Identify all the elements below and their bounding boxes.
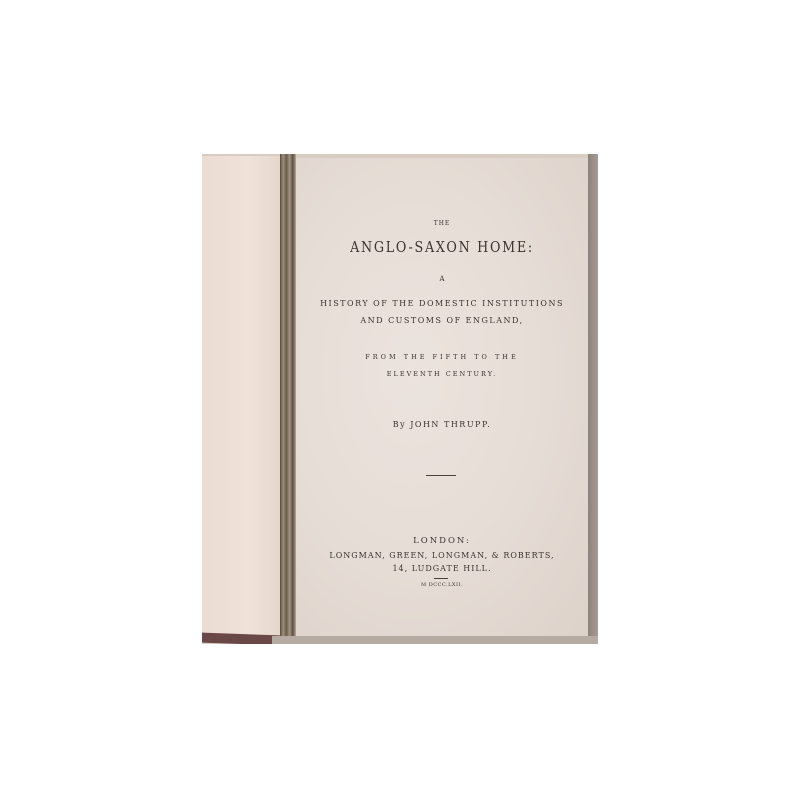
title-article: THE: [296, 220, 588, 227]
page-bottom-edge: [272, 636, 598, 644]
period-line-2: ELEVENTH CENTURY.: [296, 370, 588, 378]
book-title: ANGLO-SAXON HOME:: [318, 238, 566, 256]
subtitle-line-2: AND CUSTOMS OF ENGLAND,: [296, 316, 588, 325]
page-edge-shadow: [588, 154, 598, 644]
small-divider-rule: [434, 578, 448, 579]
period-line-1: FROM THE FIFTH TO THE: [296, 353, 588, 361]
publisher-address: 14, LUDGATE HILL.: [296, 564, 588, 573]
publisher: LONGMAN, GREEN, LONGMAN, & ROBERTS,: [296, 551, 588, 560]
publication-place: LONDON:: [296, 536, 588, 546]
author-line: By JOHN THRUPP.: [296, 420, 588, 429]
divider-rule: [426, 475, 456, 476]
subtitle-article: A: [296, 275, 588, 283]
publication-date: M DCCC.LXII.: [296, 582, 588, 588]
book-photo: THE ANGLO-SAXON HOME: A HISTORY OF THE D…: [202, 154, 598, 644]
left-endpaper: [202, 156, 282, 636]
book-spine-gutter: [280, 154, 296, 644]
title-page: THE ANGLO-SAXON HOME: A HISTORY OF THE D…: [296, 158, 588, 636]
cover-edge: [202, 633, 280, 644]
subtitle-line-1: HISTORY OF THE DOMESTIC INSTITUTIONS: [296, 299, 588, 308]
